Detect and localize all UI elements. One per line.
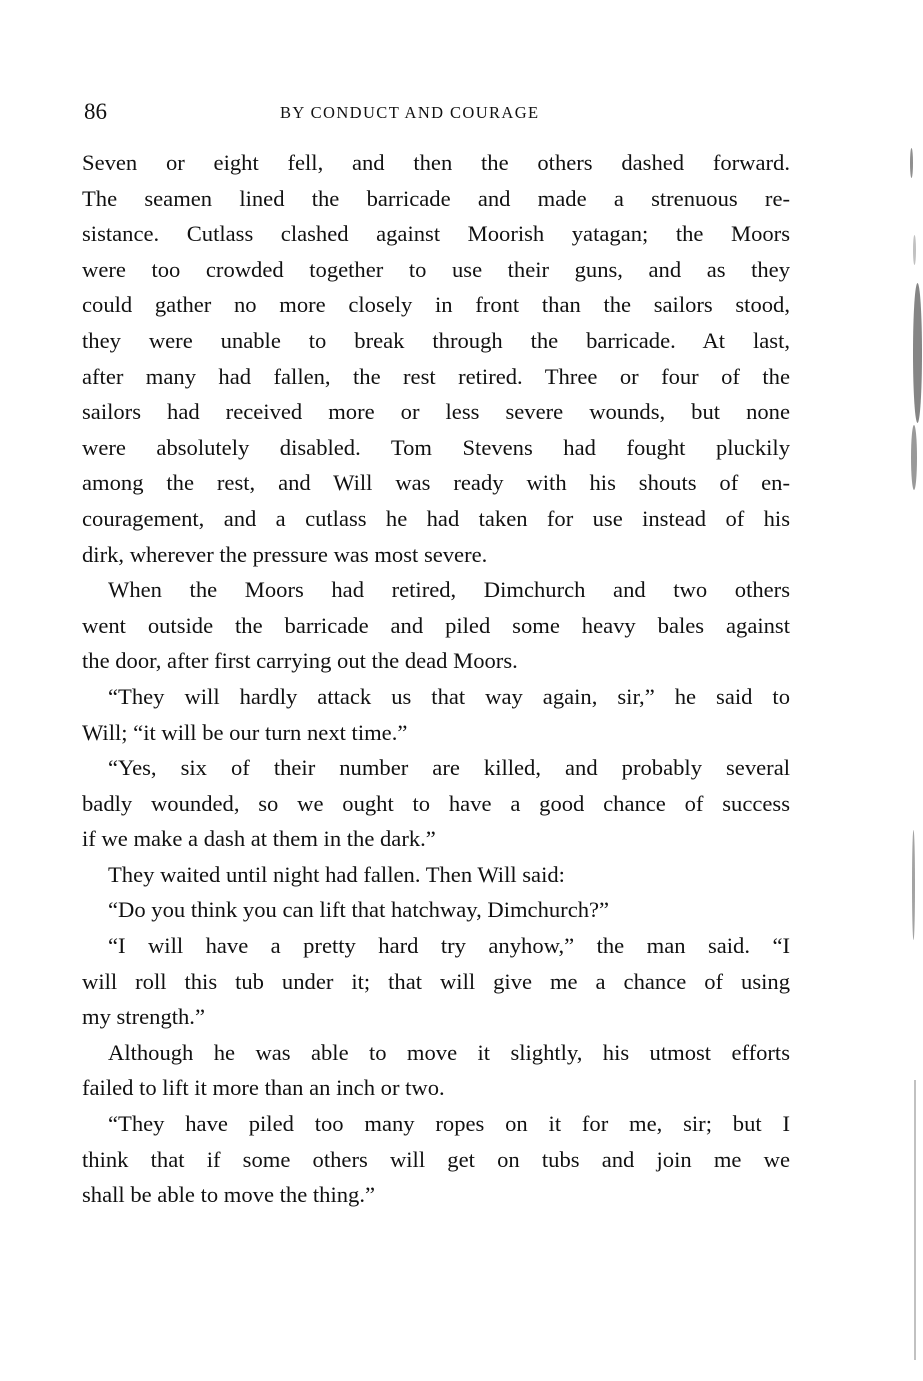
text-line: Although he was able to move it slightly… (82, 1035, 790, 1071)
running-head: 86 BY CONDUCT AND COURAGE (84, 98, 790, 126)
text-line: When the Moors had retired, Dimchurch an… (82, 572, 790, 608)
paragraph: Although he was able to move it slightly… (82, 1035, 790, 1106)
text-line: went outside the barricade and piled som… (82, 608, 790, 644)
book-page: 86 BY CONDUCT AND COURAGE Seven or eight… (0, 0, 923, 1381)
page-number: 86 (84, 98, 107, 126)
scan-edge-mark (913, 283, 922, 423)
text-line: badly wounded, so we ought to have a goo… (82, 786, 790, 822)
paragraph: They waited until night had fallen. Then… (82, 857, 790, 893)
text-line: the door, after first carrying out the d… (82, 643, 790, 679)
paragraph: Seven or eight fell, and then the others… (82, 145, 790, 572)
scan-edge-mark (911, 425, 917, 490)
text-line: “Do you think you can lift that hatchway… (82, 892, 790, 928)
text-line: sistance. Cutlass clashed against Mooris… (82, 216, 790, 252)
text-line: among the rest, and Will was ready with … (82, 465, 790, 501)
text-line: they were unable to break through the ba… (82, 323, 790, 359)
body-text: Seven or eight fell, and then the others… (82, 145, 790, 1213)
text-line: Seven or eight fell, and then the others… (82, 145, 790, 181)
scan-edge-mark (913, 235, 916, 265)
text-line: failed to lift it more than an inch or t… (82, 1070, 790, 1106)
text-line: if we make a dash at them in the dark.” (82, 821, 790, 857)
text-line: will roll this tub under it; that will g… (82, 964, 790, 1000)
text-line: were too crowded together to use their g… (82, 252, 790, 288)
text-line: my strength.” (82, 999, 790, 1035)
scan-edge-mark (914, 1080, 916, 1360)
paragraph: “I will have a pretty hard try anyhow,” … (82, 928, 790, 1035)
text-line: “They will hardly attack us that way aga… (82, 679, 790, 715)
text-line: after many had fallen, the rest retired.… (82, 359, 790, 395)
paragraph: When the Moors had retired, Dimchurch an… (82, 572, 790, 679)
scan-edge-mark (910, 148, 913, 178)
scan-edge-mark (912, 830, 915, 940)
text-line: could gather no more closely in front th… (82, 287, 790, 323)
text-line: were absolutely disabled. Tom Stevens ha… (82, 430, 790, 466)
paragraph: “They will hardly attack us that way aga… (82, 679, 790, 750)
text-line: sailors had received more or less severe… (82, 394, 790, 430)
text-line: Will; “it will be our turn next time.” (82, 715, 790, 751)
text-line: “They have piled too many ropes on it fo… (82, 1106, 790, 1142)
text-line: “I will have a pretty hard try anyhow,” … (82, 928, 790, 964)
running-title: BY CONDUCT AND COURAGE (280, 100, 540, 126)
paragraph: “Do you think you can lift that hatchway… (82, 892, 790, 928)
text-line: “Yes, six of their number are killed, an… (82, 750, 790, 786)
text-line: They waited until night had fallen. Then… (82, 857, 790, 893)
text-line: think that if some others will get on tu… (82, 1142, 790, 1178)
text-line: dirk, wherever the pressure was most sev… (82, 537, 790, 573)
text-line: couragement, and a cutlass he had taken … (82, 501, 790, 537)
text-line: shall be able to move the thing.” (82, 1177, 790, 1213)
text-line: The seamen lined the barricade and made … (82, 181, 790, 217)
paragraph: “They have piled too many ropes on it fo… (82, 1106, 790, 1213)
paragraph: “Yes, six of their number are killed, an… (82, 750, 790, 857)
